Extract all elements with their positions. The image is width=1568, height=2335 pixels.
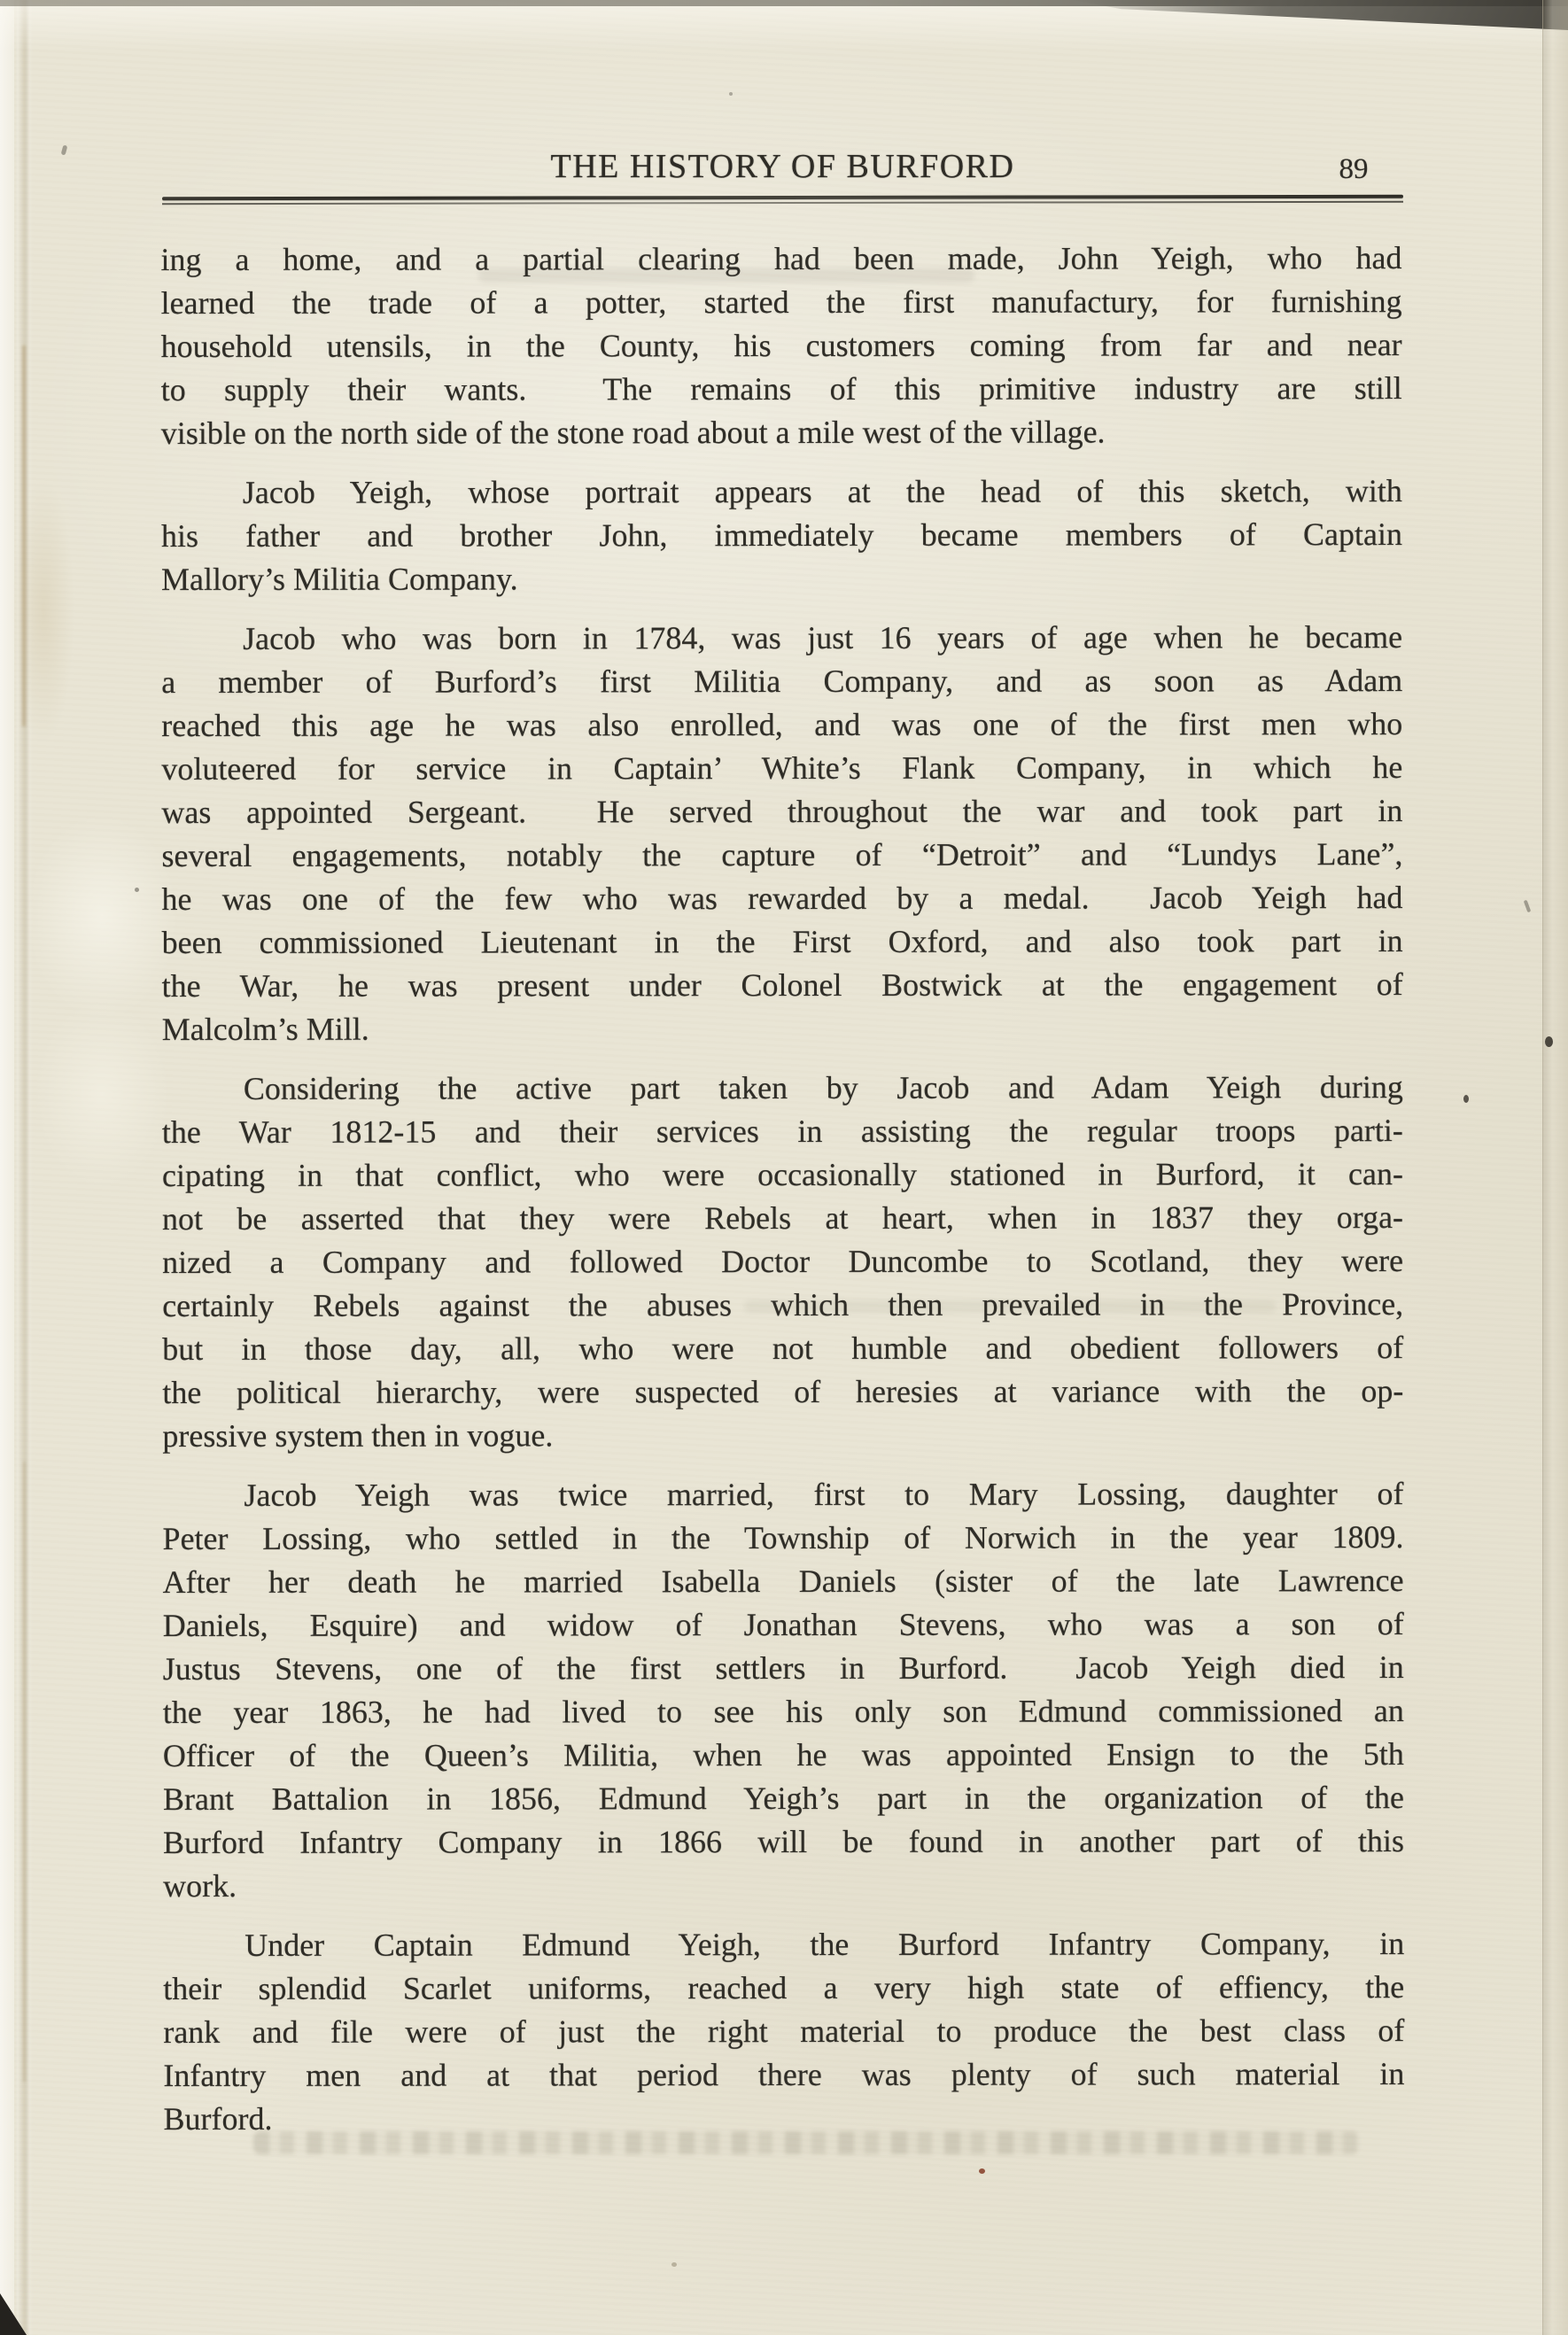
text-line: reached this age he was also enrolled, a…: [161, 702, 1402, 748]
text-line: Officer of the Queen’s Militia, when he …: [163, 1733, 1404, 1778]
ink-speck: [61, 145, 68, 156]
text-line: Jacob Yeigh was twice married, first to …: [162, 1472, 1403, 1517]
text-line: the War 1812-15 and their services in as…: [162, 1109, 1403, 1154]
text-line: a member of Burford’s first Militia Comp…: [161, 659, 1402, 704]
paper-stain: [27, 815, 177, 1019]
crease-stain: [22, 345, 26, 726]
paragraph: Considering the active part taken by Jac…: [162, 1066, 1404, 1458]
text-line: Brant Battalion in 1856, Edmund Yeigh’s …: [163, 1776, 1404, 1821]
text-line: Peter Lossing, who settled in the Townsh…: [163, 1516, 1404, 1561]
text-line: been commissioned Lieutenant in the Firs…: [162, 919, 1403, 965]
ink-speck: [1545, 1036, 1553, 1047]
text-line: the political hierarchy, were suspected …: [162, 1369, 1403, 1415]
header-rule: [162, 195, 1403, 205]
text-line: was appointed Sergeant. He served throug…: [161, 789, 1402, 834]
ink-speck: [671, 2262, 677, 2267]
text-line: cipating in that conflict, who were occa…: [162, 1152, 1403, 1198]
text-line: not be asserted that they were Rebels at…: [162, 1196, 1403, 1241]
paragraph: ing a home, and a partial clearing had b…: [160, 237, 1401, 455]
text-line: Daniels, Esquire) and widow of Jonathan …: [163, 1602, 1404, 1648]
text-line: Jacob Yeigh, whose portrait appears at t…: [161, 469, 1402, 515]
text-line: the War, he was present under Colonel Bo…: [162, 963, 1403, 1008]
header-rule-thick-line: [162, 195, 1403, 200]
page-text: ing a home, and a partial clearing had b…: [160, 237, 1404, 2157]
paragraph: Jacob Yeigh, whose portrait appears at t…: [161, 469, 1402, 601]
text-line: visible on the north side of the stone r…: [161, 410, 1402, 455]
text-line: Considering the active part taken by Jac…: [162, 1066, 1403, 1111]
text-line: ing a home, and a partial clearing had b…: [160, 237, 1401, 282]
paper-edge-left: [0, 0, 14, 2335]
scan-corner-shadow: [0, 2293, 27, 2335]
ink-speck: [729, 92, 733, 96]
paper-stain: [12, 478, 74, 744]
header-rule-thin-line: [162, 201, 1403, 205]
book-cover-corner: [1072, 0, 1568, 30]
scan-top-edge: [0, 0, 1568, 6]
paragraph: Jacob Yeigh was twice married, first to …: [162, 1472, 1404, 1908]
text-line: pressive system then in vogue.: [162, 1413, 1403, 1458]
page-crease: [17, 0, 33, 2335]
text-line: Under Captain Edmund Yeigh, the Burford …: [163, 1922, 1404, 1967]
text-line: their splendid Scarlet uniforms, reached…: [163, 1966, 1404, 2011]
text-line: rank and file were of just the right mat…: [163, 2009, 1404, 2054]
text-line: After her death he married Isabella Dani…: [163, 1559, 1404, 1604]
text-line: Jacob who was born in 1784, was just 16 …: [161, 616, 1402, 661]
text-line: Mallory’s Militia Company.: [161, 556, 1402, 601]
ink-speck: [1463, 1095, 1469, 1103]
text-line: his father and brother John, immediately…: [161, 513, 1402, 558]
page-number: 89: [1331, 152, 1377, 186]
page-curl-highlight: [0, 6, 1568, 50]
text-line: the year 1863, he had lived to see his o…: [163, 1689, 1404, 1734]
text-line: household utensils, in the County, his c…: [161, 323, 1402, 368]
text-line: Malcolm’s Mill.: [162, 1006, 1403, 1051]
text-line: Justus Stevens, one of the first settler…: [163, 1646, 1404, 1691]
text-line: work.: [163, 1863, 1404, 1908]
text-line: but in those day, all, who were not humb…: [162, 1326, 1403, 1371]
text-line: he was one of the few who was rewarded b…: [161, 876, 1402, 921]
text-line: voluteered for service in Captain’ White…: [161, 746, 1402, 791]
paragraph: Jacob who was born in 1784, was just 16 …: [161, 616, 1403, 1051]
text-line: several engagements, notably the capture…: [161, 833, 1402, 878]
text-line: learned the trade of a potter, started t…: [161, 280, 1402, 325]
paper-edge-right: [1542, 0, 1568, 2335]
paragraph: Under Captain Edmund Yeigh, the Burford …: [163, 1922, 1404, 2141]
text-line: to supply their wants. The remains of th…: [161, 367, 1402, 412]
paper-stain: [35, 1001, 168, 1187]
text-line: Infantry men and at that period there wa…: [163, 2052, 1404, 2098]
ink-speck: [1524, 900, 1532, 913]
crease-stain: [23, 1462, 26, 2082]
text-line: nized a Company and followed Doctor Dunc…: [162, 1239, 1403, 1284]
scanned-book-page: THE HISTORY OF BURFORD 89 ing a home, an…: [0, 0, 1568, 2335]
running-header-title: THE HISTORY OF BURFORD: [162, 147, 1403, 186]
ink-speck: [979, 2168, 985, 2174]
ink-speck: [135, 888, 139, 892]
text-line: certainly Rebels against the abuses whic…: [162, 1283, 1403, 1328]
text-line: Burford.: [163, 2096, 1404, 2141]
text-line: Burford Infantry Company in 1866 will be…: [163, 1819, 1404, 1865]
